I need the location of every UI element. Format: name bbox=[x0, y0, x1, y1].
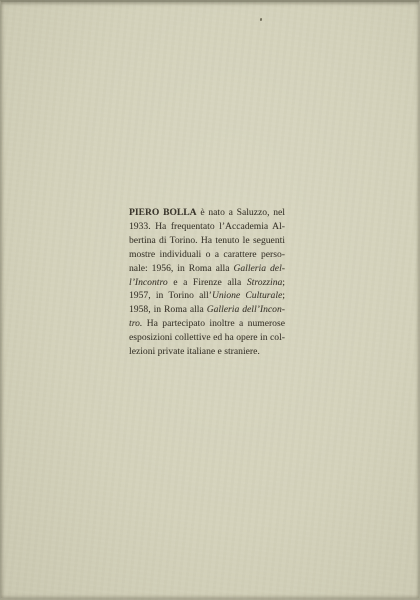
text-line: l’Incontro e a Firenze alla Strozzina; bbox=[129, 277, 285, 291]
paper-speck bbox=[260, 18, 262, 21]
text-segment-normal: nale: 1956, in Roma alla bbox=[129, 264, 233, 274]
text-segment-normal: lezioni private italiane e straniere. bbox=[129, 347, 260, 357]
text-segment-italic: Galleria del- bbox=[233, 264, 285, 274]
text-segment-normal: è nato a Saluzzo, nel bbox=[197, 208, 285, 218]
text-line: bertina di Torino. Ha tenuto le seguenti bbox=[129, 235, 285, 249]
text-segment-normal: ; bbox=[282, 278, 285, 288]
text-line: lezioni private italiane e straniere. bbox=[129, 346, 285, 360]
text-segment-italic: l’Incontro bbox=[129, 278, 168, 288]
text-line: tro. Ha partecipato inoltre a numerose bbox=[129, 318, 285, 332]
text-line: PIERO BOLLA è nato a Saluzzo, nel bbox=[129, 207, 285, 221]
text-segment-italic: Strozzina bbox=[247, 278, 282, 288]
biography-paragraph: PIERO BOLLA è nato a Saluzzo, nel1933. H… bbox=[129, 207, 285, 360]
text-line: nale: 1956, in Roma alla Galleria del- bbox=[129, 263, 285, 277]
text-line: 1933. Ha frequentato l’Accademia Al- bbox=[129, 221, 285, 235]
text-segment-normal: Ha partecipato inoltre a numerose bbox=[142, 319, 285, 329]
text-line: 1957, in Torino all’Unione Culturale; bbox=[129, 290, 285, 304]
text-segment-bold: PIERO BOLLA bbox=[129, 208, 197, 218]
text-line: 1958, in Roma alla Galleria dell’Incon- bbox=[129, 304, 285, 318]
text-segment-normal: mostre individuali o a carattere perso- bbox=[129, 250, 285, 260]
text-segment-normal: ; bbox=[282, 291, 285, 301]
text-segment-normal: e a Firenze alla bbox=[168, 278, 247, 288]
text-segment-normal: 1957, in Torino all’ bbox=[129, 291, 212, 301]
text-segment-normal: 1958, in Roma alla bbox=[129, 305, 207, 315]
text-line: esposizioni collettive ed ha opere in co… bbox=[129, 332, 285, 346]
text-segment-italic: tro. bbox=[129, 319, 142, 329]
text-segment-italic: Galleria dell’Incon- bbox=[207, 305, 285, 315]
text-segment-normal: 1933. Ha frequentato l’Accademia Al- bbox=[129, 222, 285, 232]
text-line: mostre individuali o a carattere perso- bbox=[129, 249, 285, 263]
book-page: PIERO BOLLA è nato a Saluzzo, nel1933. H… bbox=[0, 0, 420, 600]
text-segment-italic: Unione Culturale bbox=[212, 291, 282, 301]
text-segment-normal: esposizioni collettive ed ha opere in co… bbox=[129, 333, 285, 343]
text-segment-normal: bertina di Torino. Ha tenuto le seguenti bbox=[129, 236, 285, 246]
